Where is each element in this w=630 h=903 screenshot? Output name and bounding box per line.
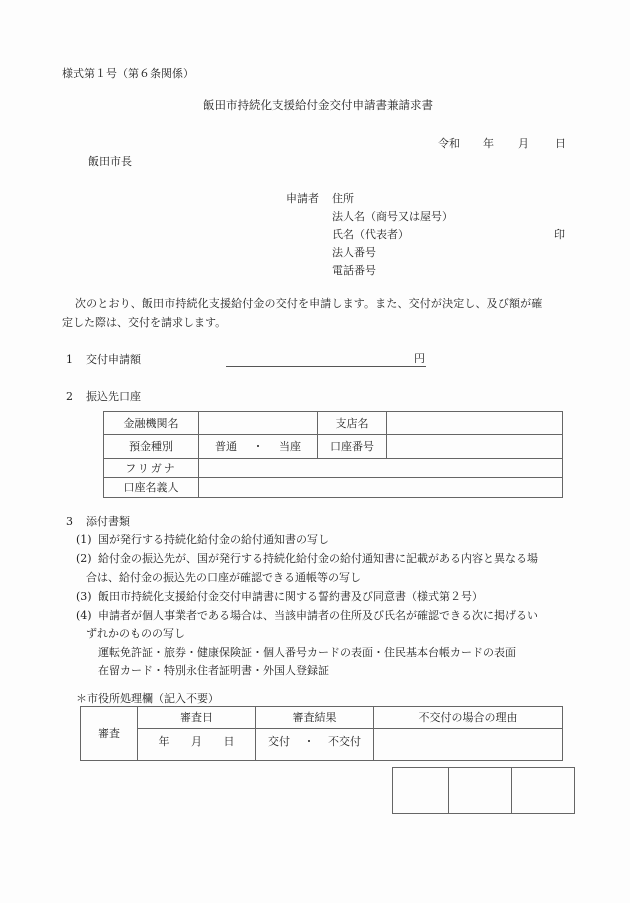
section2-label: 振込先口座 [86, 390, 141, 404]
review-month: 月 [191, 735, 202, 748]
review-label: 審査 [81, 707, 138, 761]
branch-field[interactable] [387, 412, 563, 435]
document-title: 飯田市持続化支援給付金交付申請書兼請求書 [203, 98, 433, 112]
yen-unit: 円 [414, 352, 425, 366]
date-year-label: 年 [483, 137, 494, 151]
section1-label: 交付申請額 [86, 353, 141, 367]
account-type-ordinary[interactable]: 普通 [215, 440, 237, 453]
review-date-header: 審査日 [138, 707, 256, 729]
account-holder-field[interactable] [199, 478, 563, 498]
separator-dot: ・ [304, 735, 315, 748]
date-month-label: 月 [518, 137, 529, 151]
separator-dot: ・ [253, 440, 264, 453]
review-day: 日 [224, 735, 235, 748]
bank-name-field[interactable] [199, 412, 318, 435]
review-date-field[interactable]: 年 月 日 [138, 729, 256, 761]
attachment-item-2-line-2: 合は、給付金の振込先の口座が確認できる通帳等の写し [86, 571, 361, 585]
seal-mark: 印 [554, 228, 565, 242]
rejection-reason-field[interactable] [374, 729, 563, 761]
section3-number: 3 [66, 515, 73, 529]
result-no-grant[interactable]: 不交付 [328, 735, 361, 748]
review-result-field[interactable]: 交付 ・ 不交付 [256, 729, 374, 761]
intro-line-1: 次のとおり、飯田市持続化支援給付金の交付を申請します。また、交付が決定し、及び額… [75, 297, 542, 311]
amount-underline [226, 366, 426, 367]
account-type-label: 預金種別 [104, 435, 199, 459]
date-era: 令和 [438, 137, 460, 151]
section2-number: 2 [66, 390, 73, 404]
furigana-label: フリガナ [104, 459, 199, 478]
attachment-item-2-line-1: 給付金の振込先が、国が発行する持続化給付金の給付通知書に記載がある内容と異なる場 [98, 552, 538, 566]
attachment-item-4-line-1: 申請者が個人事業者である場合は、当該申請者の住所及び氏名が確認できる次に掲げるい [98, 609, 538, 623]
field-address[interactable]: 住所 [332, 192, 354, 206]
review-table: 審査 審査日 審査結果 不交付の場合の理由 年 月 日 交付 ・ 不交付 [80, 706, 563, 761]
field-company-name[interactable]: 法人名（商号又は屋号） [332, 210, 453, 224]
attachment-item-1: 国が発行する持続化給付金の給付通知書の写し [98, 533, 329, 547]
approval-stamp-boxes [392, 767, 575, 814]
attachment-marker-4: (4) [76, 609, 92, 623]
rejection-reason-header: 不交付の場合の理由 [374, 707, 563, 729]
field-corporate-number[interactable]: 法人番号 [332, 246, 376, 260]
applicant-label: 申請者 [286, 192, 319, 206]
account-type-current[interactable]: 当座 [279, 440, 301, 453]
amount-input[interactable] [226, 353, 414, 365]
intro-line-2: 定した際は、交付を請求します。 [62, 316, 226, 330]
stamp-box-1[interactable] [393, 768, 449, 814]
attachment-marker-1: (1) [76, 533, 92, 547]
field-representative-name[interactable]: 氏名（代表者） [332, 228, 409, 242]
furigana-field[interactable] [199, 459, 563, 478]
field-phone-number[interactable]: 電話番号 [332, 264, 376, 278]
form-number: 様式第１号（第６条関係） [62, 67, 194, 81]
stamp-box-2[interactable] [449, 768, 512, 814]
attachment-item-4-line-2: ずれかのものの写し [86, 627, 185, 641]
section1-number: 1 [66, 353, 73, 367]
account-type-options[interactable]: 普通 ・ 当座 [199, 435, 318, 459]
result-grant[interactable]: 交付 [268, 735, 290, 748]
account-number-field[interactable] [387, 435, 563, 459]
addressee: 飯田市長 [88, 155, 132, 169]
office-use-label: ＊市役所処理欄（記入不要） [76, 692, 219, 706]
account-holder-label: 口座名義人 [104, 478, 199, 498]
branch-label: 支店名 [318, 412, 387, 435]
date-day-label: 日 [555, 137, 566, 151]
id-documents-line-2: 在留カード・特別永住者証明書・外国人登録証 [98, 664, 329, 678]
section3-label: 添付書類 [86, 515, 130, 529]
bank-name-label: 金融機関名 [104, 412, 199, 435]
attachment-marker-3: (3) [76, 590, 92, 604]
review-year: 年 [159, 735, 170, 748]
stamp-box-3[interactable] [512, 768, 575, 814]
attachment-marker-2: (2) [76, 552, 92, 566]
attachment-item-3: 飯田市持続化支援給付金交付申請書に関する誓約書及び同意書（様式第２号） [98, 590, 483, 604]
account-number-label: 口座番号 [318, 435, 387, 459]
id-documents-line-1: 運転免許証・旅券・健康保険証・個人番号カードの表面・住民基本台帳カードの表面 [98, 646, 516, 660]
bank-account-table: 金融機関名 支店名 預金種別 普通 ・ 当座 口座番号 フリガナ 口座名義人 [103, 411, 563, 498]
review-result-header: 審査結果 [256, 707, 374, 729]
